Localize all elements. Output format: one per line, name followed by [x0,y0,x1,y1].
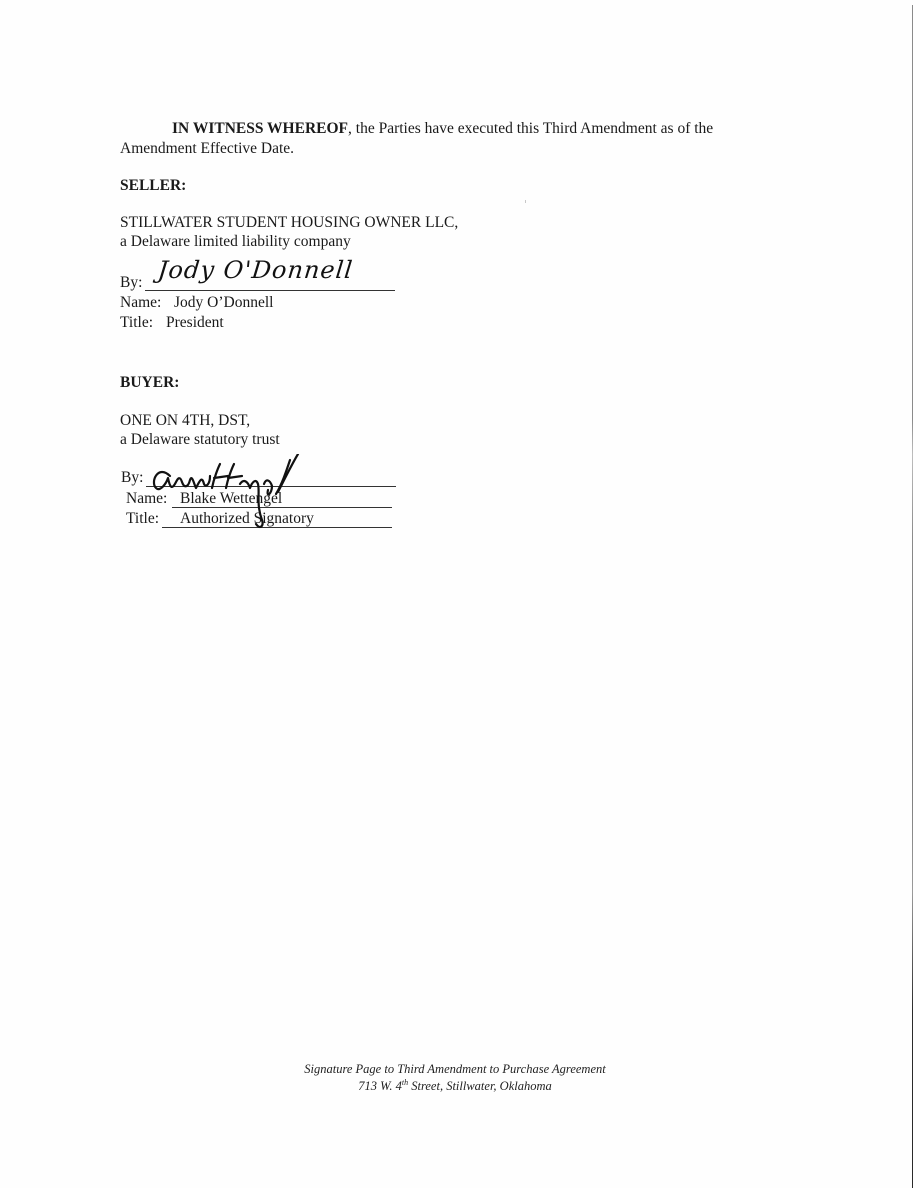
seller-name-value: Jody O’Donnell [174,294,273,312]
witness-lead: IN WITNESS WHEREOF [172,120,348,137]
buyer-signature [148,454,318,534]
footer-address-prefix: 713 W. 4 [358,1079,402,1093]
seller-by-label: By: [120,274,142,292]
seller-title-value: President [166,314,224,332]
buyer-entity-type: a Delaware statutory trust [120,431,280,449]
seller-signature-line [145,290,395,291]
seller-title-label: Title: [120,314,153,332]
buyer-heading: BUYER: [120,374,179,392]
seller-entity-type: a Delaware limited liability company [120,233,351,251]
witness-paragraph-line-1: IN WITNESS WHEREOF, the Parties have exe… [172,120,713,138]
footer-line-1: Signature Page to Third Amendment to Pur… [0,1061,910,1077]
witness-text: , the Parties have executed this Third A… [348,120,713,137]
scan-speck [525,200,526,203]
document-page: IN WITNESS WHEREOF, the Parties have exe… [0,0,920,1188]
scan-edge-line [912,5,913,1188]
footer-line-2: 713 W. 4th Street, Stillwater, Oklahoma [0,1078,910,1094]
buyer-by-label: By: [121,469,143,487]
seller-entity-name: STILLWATER STUDENT HOUSING OWNER LLC, [120,214,458,232]
witness-paragraph-line-2: Amendment Effective Date. [120,140,294,158]
buyer-entity-name: ONE ON 4TH, DST, [120,412,250,430]
seller-heading: SELLER: [120,177,186,195]
seller-signature: Jody O'Donnell [157,256,355,284]
footer-address-suffix: Street, Stillwater, Oklahoma [408,1079,552,1093]
seller-name-label: Name: [120,294,161,312]
